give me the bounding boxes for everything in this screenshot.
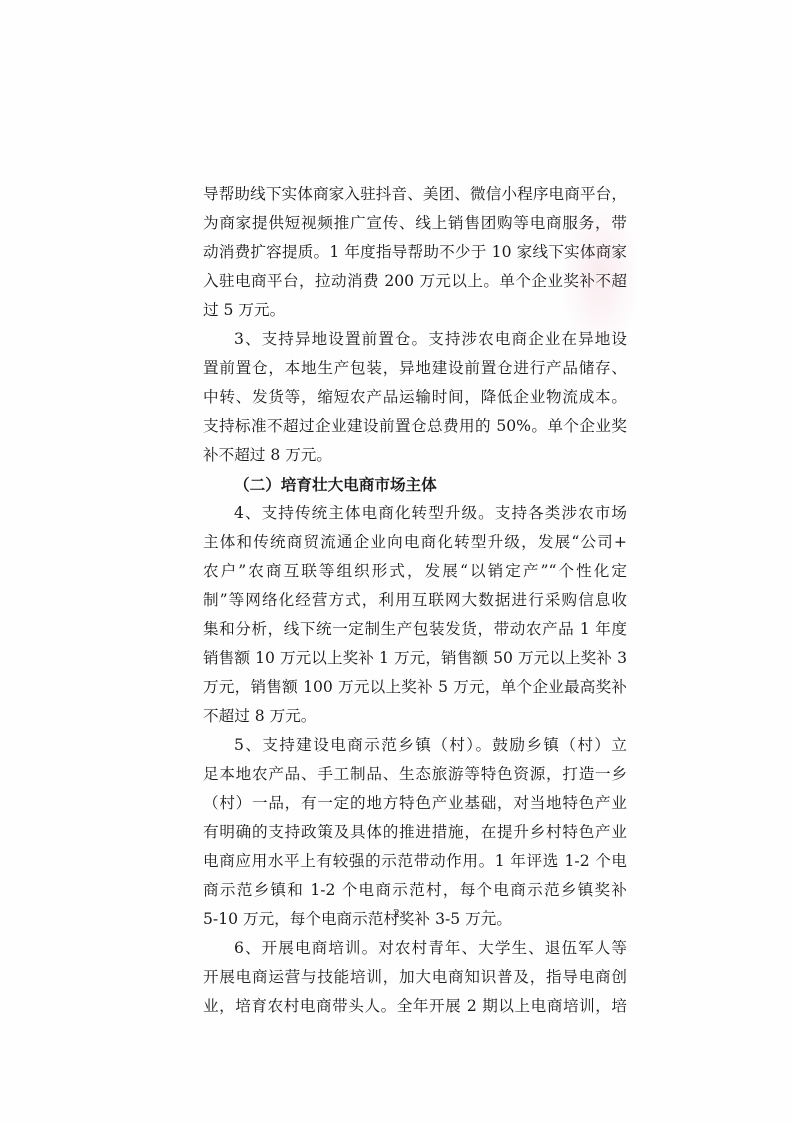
paragraph-item-5: 5、支持建设电商示范乡镇（村）。鼓励乡镇（村）立 足本地农产品、手工制品、生态旅… xyxy=(203,731,627,934)
text-line: 过 5 万元。 xyxy=(203,296,627,325)
section-heading: （二）培育壮大电商市场主体 xyxy=(203,470,627,499)
text-line: 商示范乡镇和 1-2 个电商示范村，每个电商示范乡镇奖补 xyxy=(203,876,627,905)
text-line: 动消费扩容提质。1 年度指导帮助不少于 10 家线下实体商家 xyxy=(203,238,627,267)
text-line: 有明确的支持政策及具体的推进措施，在提升乡村特色产业 xyxy=(203,818,627,847)
text-line: 支持标准不超过企业建设前置仓总费用的 50%。单个企业奖 xyxy=(203,412,627,441)
paragraph-item-3: 3、支持异地设置前置仓。支持涉农电商企业在异地设 置前置仓，本地生产包装，异地建… xyxy=(203,325,627,470)
text-line: 补不超过 8 万元。 xyxy=(203,441,627,470)
text-line: 主体和传统商贸流通企业向电商化转型升级，发展“公司+ xyxy=(203,528,627,557)
text-line: 集和分析，线下统一定制生产包装发货，带动农产品 1 年度 xyxy=(203,615,627,644)
text-line: 业，培育农村电商带头人。全年开展 2 期以上电商培训，培 xyxy=(203,992,627,1021)
document-body: 导帮助线下实体商家入驻抖音、美团、微信小程序电商平台， 为商家提供短视频推广宣传… xyxy=(203,180,627,1021)
text-line: 不超过 8 万元。 xyxy=(203,702,627,731)
text-line: 电商应用水平上有较强的示范带动作用。1 年评选 1-2 个电 xyxy=(203,847,627,876)
text-line: 中转、发货等，缩短农产品运输时间，降低企业物流成本。 xyxy=(203,383,627,412)
section-heading-text: （二）培育壮大电商市场主体 xyxy=(203,470,627,499)
text-line: 3、支持异地设置前置仓。支持涉农电商企业在异地设 xyxy=(203,325,627,354)
text-line: （村）一品，有一定的地方特色产业基础，对当地特色产业 xyxy=(203,789,627,818)
text-line: 足本地农产品、手工制品、生态旅游等特色资源，打造一乡 xyxy=(203,760,627,789)
text-line: 导帮助线下实体商家入驻抖音、美团、微信小程序电商平台， xyxy=(203,180,627,209)
text-line: 万元，销售额 100 万元以上奖补 5 万元，单个企业最高奖补 xyxy=(203,673,627,702)
text-line: 6、开展电商培训。对农村青年、大学生、退伍军人等 xyxy=(203,934,627,963)
paragraph-item-4: 4、支持传统主体电商化转型升级。支持各类涉农市场 主体和传统商贸流通企业向电商化… xyxy=(203,499,627,731)
text-line: 农户”农商互联等组织形式，发展“以销定产”“个性化定 xyxy=(203,557,627,586)
text-line: 置前置仓，本地生产包装，异地建设前置仓进行产品储存、 xyxy=(203,354,627,383)
text-line: 4、支持传统主体电商化转型升级。支持各类涉农市场 xyxy=(203,499,627,528)
text-line: 5、支持建设电商示范乡镇（村）。鼓励乡镇（村）立 xyxy=(203,731,627,760)
paragraph-continuation: 导帮助线下实体商家入驻抖音、美团、微信小程序电商平台， 为商家提供短视频推广宣传… xyxy=(203,180,627,325)
text-line: 入驻电商平台，拉动消费 200 万元以上。单个企业奖补不超 xyxy=(203,267,627,296)
scan-speck xyxy=(485,910,487,912)
text-line: 制”等网络化经营方式，利用互联网大数据进行采购信息收 xyxy=(203,586,627,615)
text-line: 销售额 10 万元以上奖补 1 万元，销售额 50 万元以上奖补 3 xyxy=(203,644,627,673)
paragraph-item-6: 6、开展电商培训。对农村青年、大学生、退伍军人等 开展电商运营与技能培训，加大电… xyxy=(203,934,627,1021)
text-line: 开展电商运营与技能培训，加大电商知识普及，指导电商创 xyxy=(203,963,627,992)
document-page: 导帮助线下实体商家入驻抖音、美团、微信小程序电商平台， 为商家提供短视频推广宣传… xyxy=(0,0,793,1122)
page-number: 2 xyxy=(0,907,793,920)
text-line: 为商家提供短视频推广宣传、线上销售团购等电商服务，带 xyxy=(203,209,627,238)
